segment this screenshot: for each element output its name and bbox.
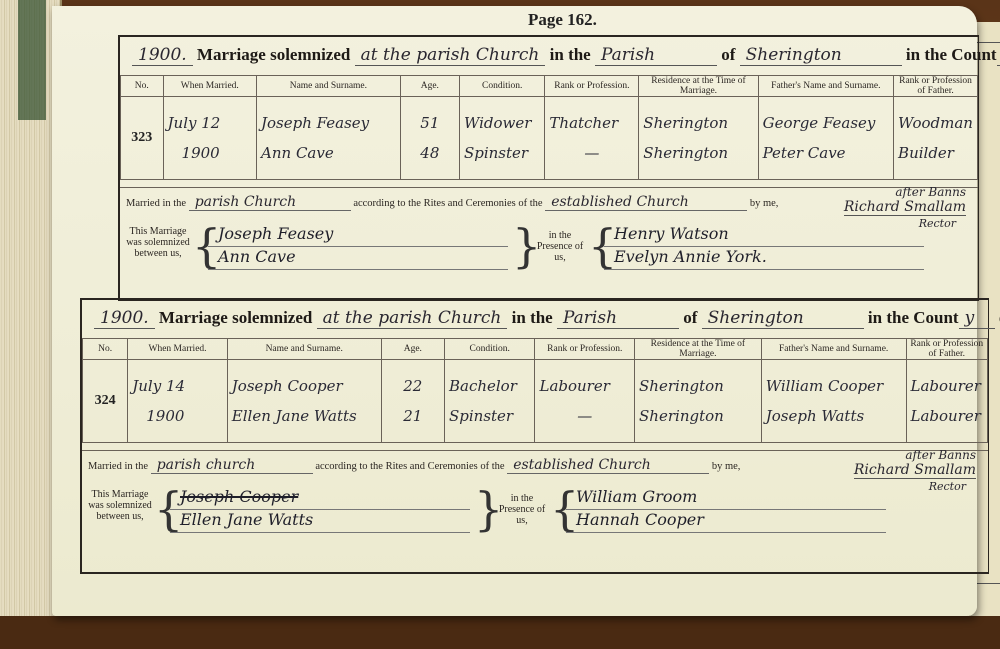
rites: established Church [507, 457, 709, 474]
groom-signature: Joseph Cooper [170, 487, 470, 510]
column-header: Rank or Profession of Father. [906, 339, 987, 360]
venue: at the parish Church [355, 45, 546, 66]
banns-note: after Banns [895, 185, 966, 199]
date-married: July 141900 [128, 360, 228, 443]
column-header: Rank or Profession. [535, 339, 635, 360]
witness-signatures: William Groom Hannah Cooper [566, 487, 886, 533]
witness-signature: Henry Watson [604, 224, 924, 247]
year: 1900. [94, 308, 155, 329]
district-type: Parish [557, 308, 679, 329]
table-row: 324 July 141900 Joseph CooperEllen Jane … [83, 360, 988, 443]
column-header: Residence at the Time of Marriage. [639, 76, 758, 97]
marriage-entry: 1900. Marriage solemnized at the parish … [80, 298, 989, 574]
county-suffix: y [997, 45, 1000, 66]
between-us-label: This Marriage was solemnized between us, [86, 489, 154, 522]
witness-signature: William Groom [566, 487, 886, 510]
year: 1900. [132, 45, 193, 66]
presence-label: in the Presence of us, [494, 493, 550, 526]
conditions: WidowerSpinster [459, 97, 544, 180]
form-label: of [683, 308, 697, 328]
column-header: Father's Name and Surname. [761, 339, 906, 360]
witness-signature: Evelyn Annie York. [604, 247, 924, 270]
venue: at the parish Church [317, 308, 508, 329]
groom-signature: Joseph Feasey [208, 224, 508, 247]
between-us-label: This Marriage was solemnized between us, [124, 226, 192, 259]
column-header: Father's Name and Surname. [758, 76, 893, 97]
fathers: William CooperJoseph Watts [761, 360, 906, 443]
column-header: No. [121, 76, 164, 97]
ages: 5148 [400, 97, 459, 180]
column-header: Name and Surname. [257, 76, 401, 97]
table-row: 323 July 121900 Joseph FeaseyAnn Cave 51… [121, 97, 978, 180]
conditions: BachelorSpinster [444, 360, 535, 443]
column-header: Age. [381, 339, 444, 360]
father-ranks: LabourerLabourer [906, 360, 987, 443]
witness-signatures: Henry Watson Evelyn Annie York. [604, 224, 924, 270]
column-header: Rank or Profession of Father. [894, 76, 978, 97]
column-header: Rank or Profession. [545, 76, 639, 97]
married-in: parish Church [189, 194, 351, 211]
form-label: in the [550, 45, 591, 65]
officiant-signature: Richard Smallam [844, 200, 966, 216]
party-signatures: Joseph Cooper Ellen Jane Watts [170, 487, 470, 533]
names: Joseph CooperEllen Jane Watts [227, 360, 381, 443]
form-label: in the Count [868, 308, 959, 328]
residences: SheringtonSherington [639, 97, 758, 180]
party-signatures: Joseph Feasey Ann Cave [208, 224, 508, 270]
entry-number: 324 [83, 360, 128, 443]
bride-signature: Ann Cave [208, 247, 508, 270]
form-label: in the [512, 308, 553, 328]
signatures-block: This Marriage was solemnized between us,… [120, 222, 978, 292]
column-header: Condition. [444, 339, 535, 360]
column-header: Residence at the Time of Marriage. [635, 339, 762, 360]
entry-number: 323 [121, 97, 164, 180]
place: Sherington [740, 45, 902, 66]
district-type: Parish [595, 45, 717, 66]
fathers: George FeaseyPeter Cave [758, 97, 893, 180]
signatures-block: This Marriage was solemnized between us,… [82, 485, 988, 555]
form-label: Marriage solemnized [197, 45, 350, 65]
rites: established Church [545, 194, 747, 211]
register-table: No.When Married.Name and Surname.Age.Con… [82, 338, 988, 443]
register-table: No.When Married.Name and Surname.Age.Con… [120, 75, 978, 180]
page-number: Page 162. [528, 10, 597, 30]
form-label: Marriage solemnized [159, 308, 312, 328]
column-header: When Married. [163, 76, 256, 97]
column-header: When Married. [128, 339, 228, 360]
entry-heading: 1900. Marriage solemnized at the parish … [94, 308, 988, 336]
ranks: Labourer— [535, 360, 635, 443]
officiant-signature: Richard Smallam [854, 463, 976, 479]
column-header: Condition. [459, 76, 544, 97]
table-surface [0, 616, 1000, 649]
marriage-entry: 1900. Marriage solemnized at the parish … [118, 35, 979, 301]
column-header: Name and Surname. [227, 339, 381, 360]
column-header: No. [83, 339, 128, 360]
names: Joseph FeaseyAnn Cave [257, 97, 401, 180]
witness-signature: Hannah Cooper [566, 510, 886, 533]
bride-signature: Ellen Jane Watts [170, 510, 470, 533]
father-ranks: WoodmanBuilder [894, 97, 978, 180]
entry-heading: 1900. Marriage solemnized at the parish … [132, 45, 978, 73]
married-in-line: Married in the parish church according t… [82, 450, 988, 481]
presence-label: in the Presence of us, [532, 230, 588, 263]
book-cover [18, 0, 46, 120]
married-in: parish church [151, 457, 313, 474]
county-suffix: y [959, 308, 995, 329]
column-header: Age. [400, 76, 459, 97]
place: Sherington [702, 308, 864, 329]
ages: 2221 [381, 360, 444, 443]
form-label: in the Count [906, 45, 997, 65]
ranks: Thatcher— [545, 97, 639, 180]
banns-note: after Banns [905, 448, 976, 462]
residences: SheringtonSherington [635, 360, 762, 443]
date-married: July 121900 [163, 97, 256, 180]
form-label: of [721, 45, 735, 65]
